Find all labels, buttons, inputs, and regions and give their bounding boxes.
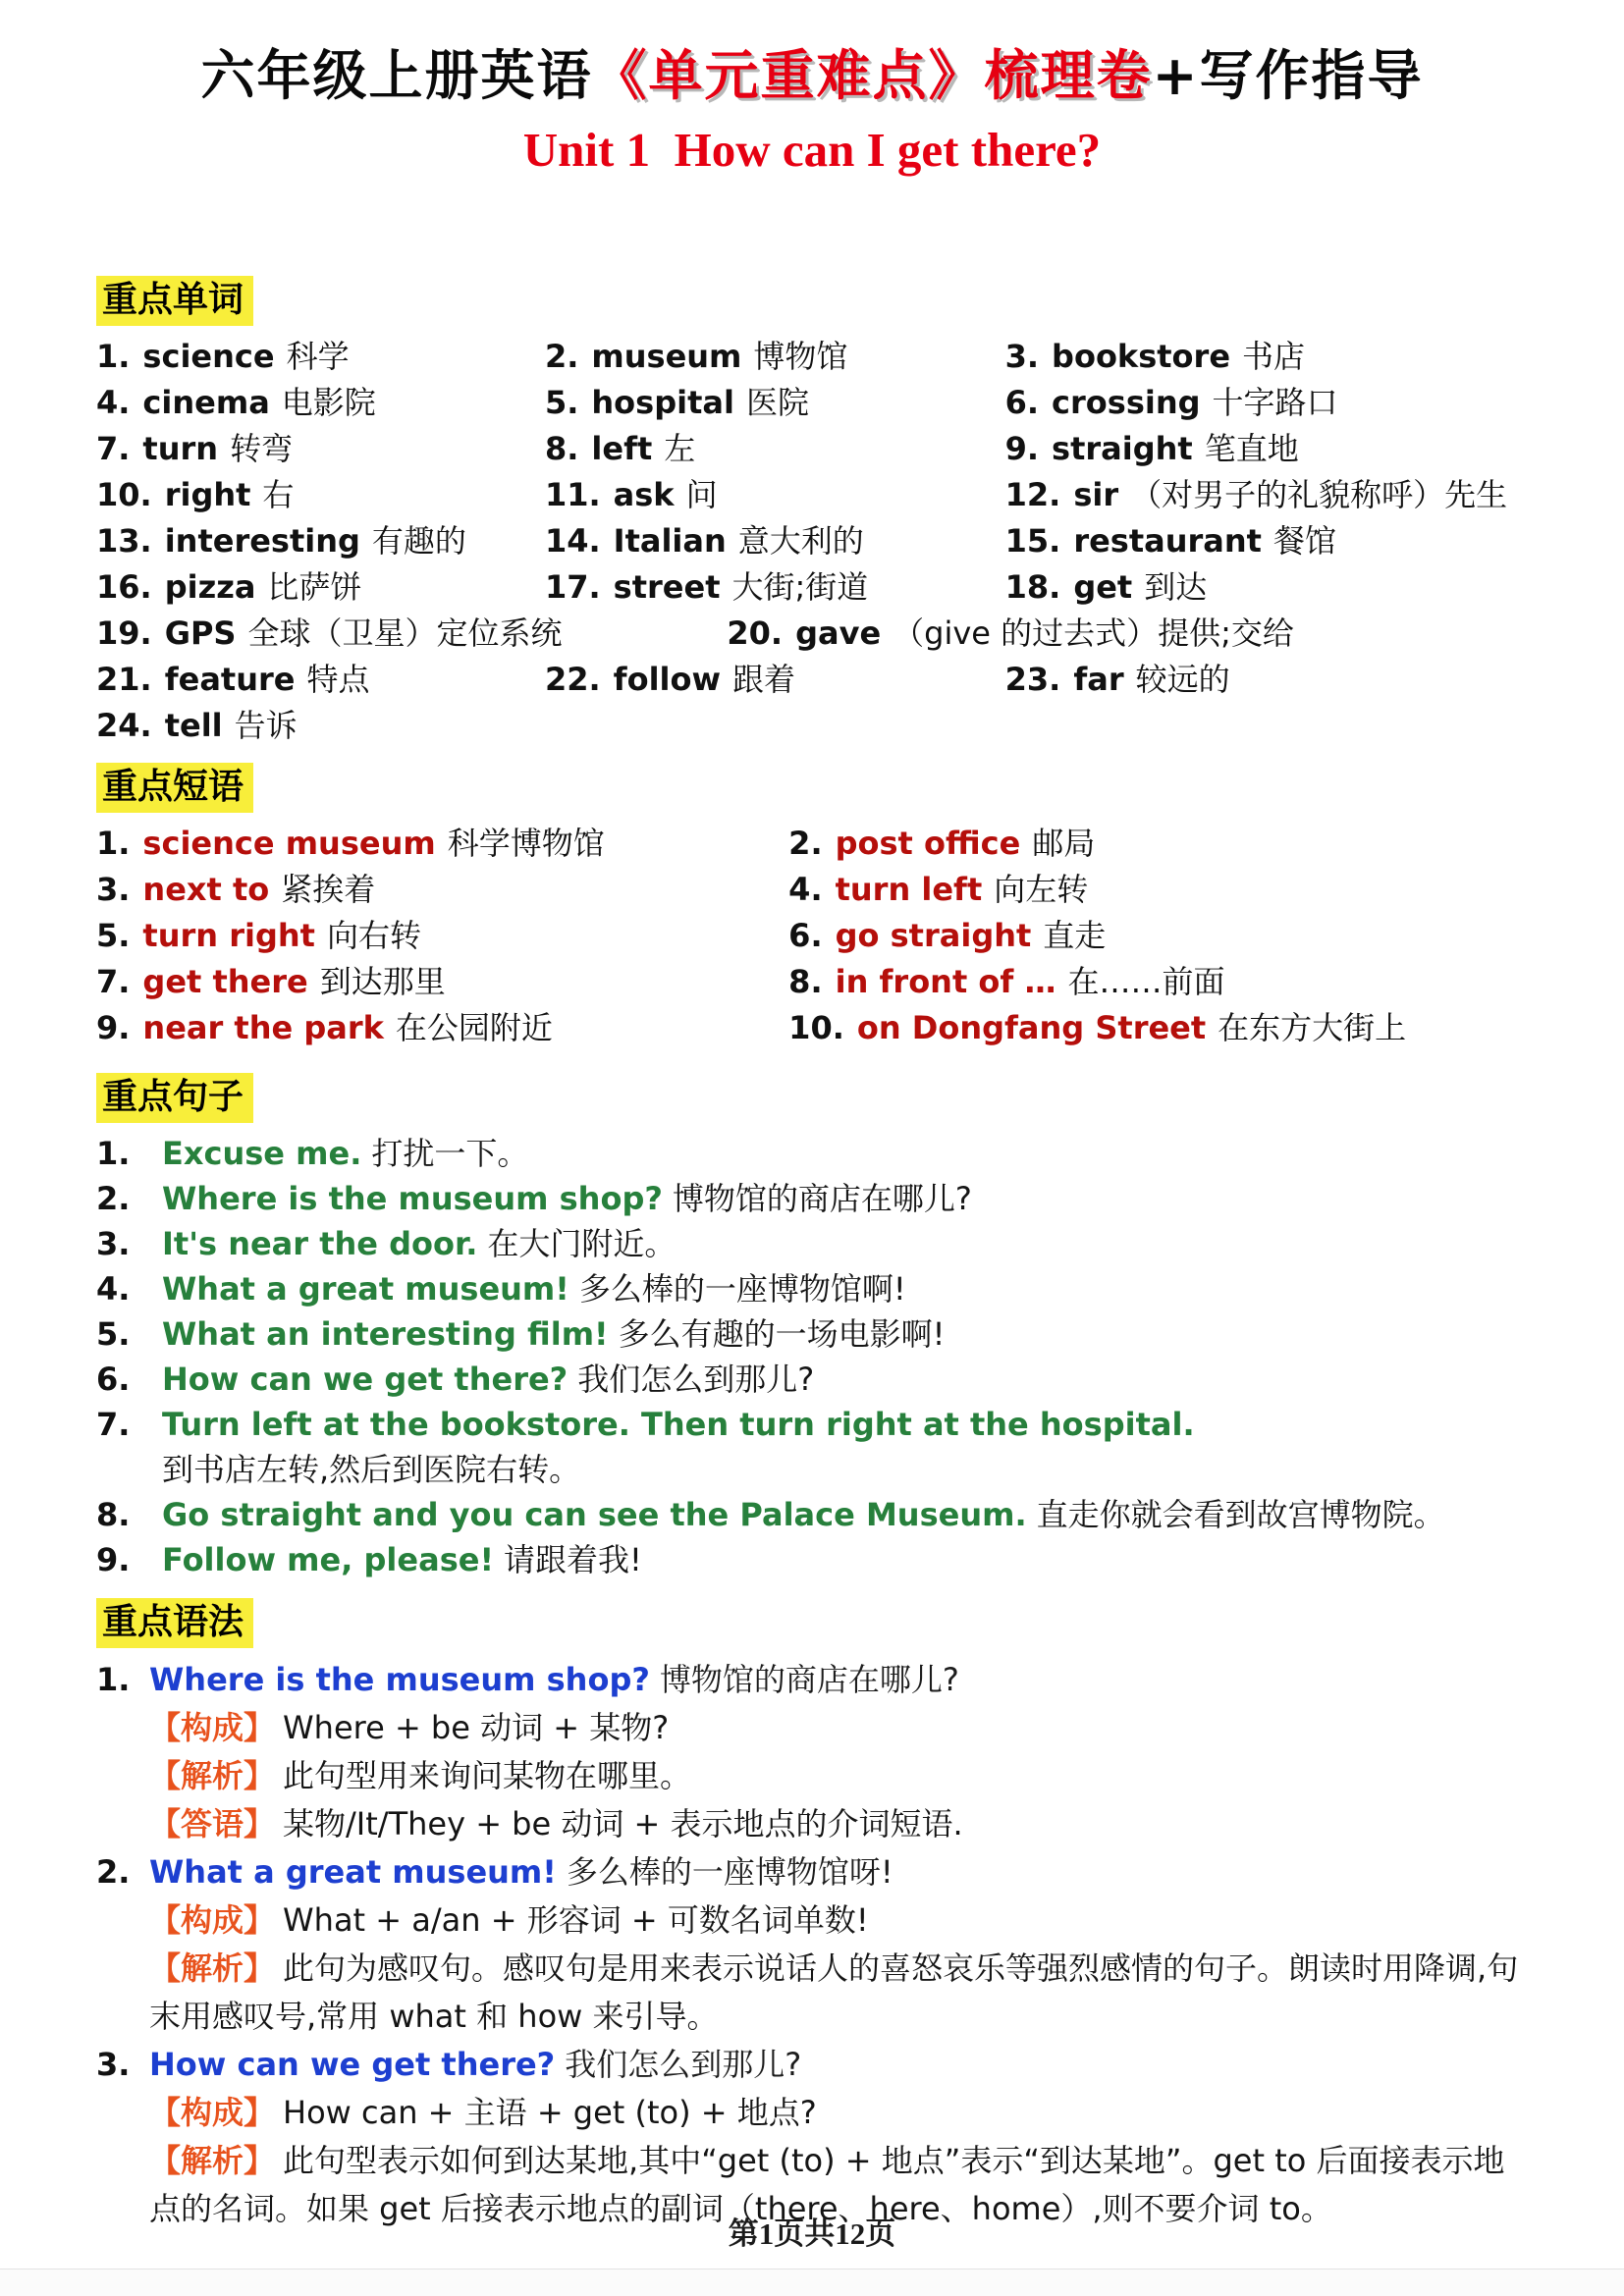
detail-tag: 【构成】: [149, 1901, 275, 1939]
grammar-body: Where is the museum shop?博物馆的商店在哪儿?【构成】W…: [149, 1656, 1530, 1848]
phrase-number: 3.: [96, 871, 130, 908]
word-number: 1.: [96, 338, 130, 375]
sentence-english: Go straight and you can see the Palace M…: [162, 1496, 1027, 1533]
phrase-number: 5.: [96, 917, 130, 954]
phrase-english: near the park: [142, 1009, 383, 1046]
word-chinese: 笔直地: [1205, 430, 1299, 467]
page-bottom-edge: [0, 2269, 1624, 2296]
word-english: tell: [165, 707, 223, 744]
sentence-item: 9.Follow me, please!请跟着我!: [96, 1537, 1530, 1582]
phrase-row: 3.next to紧挨着4.turn left向左转: [96, 867, 1530, 913]
key-grammar-list: 1.Where is the museum shop?博物馆的商店在哪儿?【构成…: [96, 1656, 1530, 2233]
word-chinese: 书店: [1242, 338, 1305, 375]
word-item: 4.cinema电影院: [96, 380, 545, 426]
word-english: gave: [795, 614, 881, 652]
sentence-chinese: 博物馆的商店在哪儿?: [673, 1180, 972, 1217]
phrase-item: 2.post office邮局: [788, 821, 1530, 867]
document-page: 六年级上册英语《单元重难点》梳理卷+写作指导 Unit 1 How can I …: [0, 0, 1624, 2296]
sentence-number: 7.: [96, 1402, 149, 1492]
sentence-item: 1.Excuse me.打扰一下。: [96, 1131, 1530, 1176]
title-black-part2: +写作指导: [1152, 44, 1423, 107]
sentence-item: 3.It's near the door.在大门附近。: [96, 1221, 1530, 1266]
word-number: 6.: [1005, 384, 1039, 421]
detail-text: Where + be 动词 + 某物?: [283, 1709, 669, 1746]
word-english: turn: [142, 430, 218, 467]
word-english: street: [614, 568, 721, 606]
word-row: 4.cinema电影院5.hospital医院6.crossing十字路口: [96, 380, 1530, 426]
word-chinese: 右: [262, 476, 294, 513]
grammar-sentence: How can we get there?我们怎么到那儿?: [149, 2041, 1530, 2089]
word-row: 1.science科学2.museum博物馆3.bookstore书店: [96, 334, 1530, 380]
word-chinese: 餐馆: [1273, 522, 1336, 560]
section-key-phrases: 重点短语 1.science museum科学博物馆2.post office邮…: [96, 749, 1530, 1051]
word-item: 24.tell告诉: [96, 703, 1530, 749]
grammar-body: What a great museum!多么棒的一座博物馆呀!【构成】What …: [149, 1848, 1530, 2041]
word-english: crossing: [1052, 384, 1200, 421]
sentence-english: Follow me, please!: [162, 1541, 494, 1578]
word-item: 20.gave（give 的过去式）提供;交给: [727, 611, 1530, 657]
phrase-chinese: 科学博物馆: [448, 825, 605, 862]
phrase-row: 7.get there到达那里8.in front of …在……前面: [96, 959, 1530, 1005]
phrase-chinese: 邮局: [1032, 825, 1095, 862]
word-number: 13.: [96, 522, 152, 560]
detail-text: What + a/an + 形容词 + 可数名词单数!: [283, 1901, 869, 1939]
sentence-number: 5.: [96, 1311, 149, 1357]
sentence-item: 4.What a great museum!多么棒的一座博物馆啊!: [96, 1266, 1530, 1311]
word-chinese: 大街;街道: [731, 568, 868, 606]
word-chinese: 到达: [1144, 568, 1207, 606]
word-item: 5.hospital医院: [545, 380, 1005, 426]
detail-tag: 【构成】: [149, 1709, 275, 1746]
phrase-item: 3.next to紧挨着: [96, 867, 788, 913]
phrase-item: 7.get there到达那里: [96, 959, 788, 1005]
detail-text: How can + 主语 + get (to) + 地点?: [283, 2094, 817, 2131]
grammar-detail: 【构成】How can + 主语 + get (to) + 地点?: [149, 2089, 1530, 2137]
phrase-chinese: 紧挨着: [281, 871, 375, 908]
sentence-number: 6.: [96, 1357, 149, 1402]
word-chinese: 转弯: [230, 430, 293, 467]
detail-text: 某物/It/They + be 动词 + 表示地点的介词短语.: [283, 1805, 963, 1842]
word-number: 19.: [96, 614, 152, 652]
phrase-item: 10.on Dongfang Street在东方大街上: [788, 1005, 1530, 1051]
key-phrases-heading: 重点短语: [96, 763, 253, 813]
section-key-words: 重点单词 1.science科学2.museum博物馆3.bookstore书店…: [96, 178, 1530, 749]
sentence-item: 6.How can we get there?我们怎么到那儿?: [96, 1357, 1530, 1402]
phrase-item: 9.near the park在公园附近: [96, 1005, 788, 1051]
sentence-english: Where is the museum shop?: [162, 1180, 663, 1217]
phrase-chinese: 直走: [1043, 917, 1106, 954]
grammar-english: What a great museum!: [149, 1853, 557, 1891]
word-number: 3.: [1005, 338, 1039, 375]
word-chinese: 医院: [746, 384, 809, 421]
key-grammar-heading: 重点语法: [96, 1598, 253, 1648]
word-chinese: 全球（卫星）定位系统: [247, 614, 562, 652]
key-sentences-heading: 重点句子: [96, 1073, 253, 1123]
grammar-chinese: 博物馆的商店在哪儿?: [660, 1661, 959, 1698]
sentence-item: 8.Go straight and you can see the Palace…: [96, 1492, 1530, 1537]
word-english: interesting: [165, 522, 360, 560]
word-number: 24.: [96, 707, 152, 744]
word-number: 14.: [545, 522, 601, 560]
word-chinese: 比萨饼: [267, 568, 361, 606]
detail-tag: 【解析】: [149, 1949, 275, 1987]
phrase-number: 2.: [788, 825, 822, 862]
phrase-item: 4.turn left向左转: [788, 867, 1530, 913]
detail-tag: 【构成】: [149, 2094, 275, 2131]
word-chinese: 科学: [287, 338, 350, 375]
detail-tag: 【解析】: [149, 2142, 275, 2179]
word-row: 16.pizza比萨饼17.street大街;街道18.get到达: [96, 564, 1530, 611]
word-row: 19.GPS全球（卫星）定位系统20.gave（give 的过去式）提供;交给: [96, 611, 1530, 657]
sentence-chinese: 直走你就会看到故宫博物院。: [1037, 1496, 1445, 1533]
phrase-chinese: 在公园附近: [396, 1009, 553, 1046]
sentence-chinese: 我们怎么到那儿?: [577, 1361, 814, 1398]
word-english: hospital: [591, 384, 734, 421]
word-chinese: 有趣的: [372, 522, 466, 560]
word-number: 5.: [545, 384, 578, 421]
sentence-chinese: 在大门附近。: [487, 1225, 676, 1262]
grammar-detail: 【解析】此句型用来询问某物在哪里。: [149, 1752, 1530, 1800]
grammar-detail: 【解析】此句为感叹句。感叹句是用来表示说话人的喜怒哀乐等强烈感情的句子。朗读时用…: [149, 1945, 1530, 2041]
word-item: 7.turn转弯: [96, 426, 545, 472]
phrase-number: 10.: [788, 1009, 844, 1046]
word-english: straight: [1052, 430, 1193, 467]
phrase-number: 7.: [96, 963, 130, 1000]
word-row: 7.turn转弯8.left左9.straight笔直地: [96, 426, 1530, 472]
phrase-english: post office: [836, 825, 1021, 862]
sentence-body: Turn left at the bookstore. Then turn ri…: [162, 1402, 1530, 1492]
word-row: 13.interesting有趣的14.Italian意大利的15.restau…: [96, 518, 1530, 564]
word-number: 7.: [96, 430, 130, 467]
word-english: far: [1073, 661, 1123, 698]
detail-text: 此句为感叹句。感叹句是用来表示说话人的喜怒哀乐等强烈感情的句子。朗读时用降调,句…: [149, 1949, 1518, 2035]
sentence-number: 3.: [96, 1221, 149, 1266]
phrase-chinese: 在……前面: [1067, 963, 1224, 1000]
phrase-chinese: 向左转: [994, 871, 1088, 908]
grammar-detail: 【构成】Where + be 动词 + 某物?: [149, 1704, 1530, 1752]
sentence-number: 2.: [96, 1176, 149, 1221]
phrase-chinese: 到达那里: [320, 963, 446, 1000]
word-item: 19.GPS全球（卫星）定位系统: [96, 611, 727, 657]
sentence-english: It's near the door.: [162, 1225, 477, 1262]
sentence-english: How can we get there?: [162, 1361, 568, 1398]
key-phrases-list: 1.science museum科学博物馆2.post office邮局3.ne…: [96, 821, 1530, 1051]
word-row: 21.feature特点22.follow跟着23.far较远的: [96, 657, 1530, 703]
word-row: 24.tell告诉: [96, 703, 1530, 749]
sentence-body: It's near the door.在大门附近。: [162, 1221, 1530, 1266]
grammar-sentence: Where is the museum shop?博物馆的商店在哪儿?: [149, 1656, 1530, 1704]
word-english: ask: [614, 476, 675, 513]
grammar-english: Where is the museum shop?: [149, 1661, 650, 1698]
word-english: bookstore: [1052, 338, 1230, 375]
word-item: 1.science科学: [96, 334, 545, 380]
word-english: Italian: [614, 522, 727, 560]
sentence-body: What an interesting film!多么有趣的一场电影啊!: [162, 1311, 1530, 1357]
grammar-number: 2.: [96, 1848, 149, 2041]
sentence-item: 2.Where is the museum shop?博物馆的商店在哪儿?: [96, 1176, 1530, 1221]
sentence-body: What a great museum!多么棒的一座博物馆啊!: [162, 1266, 1530, 1311]
word-english: museum: [591, 338, 741, 375]
phrase-english: on Dongfang Street: [857, 1009, 1206, 1046]
word-item: 10.right右: [96, 472, 545, 518]
sentence-number: 4.: [96, 1266, 149, 1311]
word-number: 12.: [1005, 476, 1061, 513]
phrase-row: 9.near the park在公园附近10.on Dongfang Stree…: [96, 1005, 1530, 1051]
word-chinese: 告诉: [235, 707, 298, 744]
grammar-item: 3.How can we get there?我们怎么到那儿?【构成】How c…: [96, 2041, 1530, 2233]
word-item: 13.interesting有趣的: [96, 518, 545, 564]
sentence-number: 1.: [96, 1131, 149, 1176]
word-number: 8.: [545, 430, 578, 467]
detail-text: 此句型用来询问某物在哪里。: [283, 1757, 691, 1794]
phrase-english: get there: [142, 963, 307, 1000]
word-chinese: 问: [686, 476, 718, 513]
phrase-item: 6.go straight直走: [788, 913, 1530, 959]
word-english: pizza: [165, 568, 256, 606]
phrase-item: 1.science museum科学博物馆: [96, 821, 788, 867]
word-english: left: [591, 430, 652, 467]
word-item: 18.get到达: [1005, 564, 1530, 611]
word-number: 11.: [545, 476, 601, 513]
sentence-chinese: 多么棒的一座博物馆啊!: [579, 1270, 906, 1308]
grammar-chinese: 我们怎么到那儿?: [565, 2046, 801, 2083]
word-number: 4.: [96, 384, 130, 421]
word-item: 3.bookstore书店: [1005, 334, 1530, 380]
grammar-number: 3.: [96, 2041, 149, 2233]
phrase-number: 9.: [96, 1009, 130, 1046]
grammar-sentence: What a great museum!多么棒的一座博物馆呀!: [149, 1848, 1530, 1896]
word-chinese: 特点: [306, 661, 369, 698]
word-number: 18.: [1005, 568, 1061, 606]
word-number: 15.: [1005, 522, 1061, 560]
word-number: 10.: [96, 476, 152, 513]
document-title: 六年级上册英语《单元重难点》梳理卷+写作指导: [0, 0, 1624, 108]
word-item: 16.pizza比萨饼: [96, 564, 545, 611]
sentence-body: Go straight and you can see the Palace M…: [162, 1492, 1530, 1537]
word-item: 6.crossing十字路口: [1005, 380, 1530, 426]
unit-title: Unit 1 How can I get there?: [0, 122, 1624, 178]
word-item: 12.sir（对男子的礼貌称呼）先生: [1005, 472, 1530, 518]
grammar-detail: 【答语】某物/It/They + be 动词 + 表示地点的介词短语.: [149, 1800, 1530, 1848]
detail-tag: 【答语】: [149, 1805, 275, 1842]
phrase-chinese: 在东方大街上: [1218, 1009, 1406, 1046]
sentence-body: Excuse me.打扰一下。: [162, 1131, 1530, 1176]
grammar-item: 2.What a great museum!多么棒的一座博物馆呀!【构成】Wha…: [96, 1848, 1530, 2041]
word-english: GPS: [165, 614, 237, 652]
key-words-list: 1.science科学2.museum博物馆3.bookstore书店4.cin…: [96, 334, 1530, 749]
sentence-number: 9.: [96, 1537, 149, 1582]
phrase-number: 8.: [788, 963, 822, 1000]
word-number: 9.: [1005, 430, 1039, 467]
word-item: 14.Italian意大利的: [545, 518, 1005, 564]
word-item: 11.ask问: [545, 472, 1005, 518]
word-english: cinema: [142, 384, 269, 421]
key-words-heading: 重点单词: [96, 276, 253, 326]
sentence-item: 5.What an interesting film!多么有趣的一场电影啊!: [96, 1311, 1530, 1357]
sentence-english: Turn left at the bookstore. Then turn ri…: [162, 1406, 1195, 1443]
word-english: feature: [165, 661, 296, 698]
word-english: sir: [1073, 476, 1118, 513]
word-number: 16.: [96, 568, 152, 606]
sentence-english: What an interesting film!: [162, 1315, 609, 1353]
word-number: 17.: [545, 568, 601, 606]
word-number: 2.: [545, 338, 578, 375]
sentence-body: Where is the museum shop?博物馆的商店在哪儿?: [162, 1176, 1530, 1221]
phrase-item: 8.in front of …在……前面: [788, 959, 1530, 1005]
word-row: 10.right右11.ask问12.sir（对男子的礼貌称呼）先生: [96, 472, 1530, 518]
word-english: right: [165, 476, 251, 513]
sentence-chinese: 到书店左转,然后到医院右转。: [162, 1447, 1530, 1492]
word-item: 2.museum博物馆: [545, 334, 1005, 380]
word-number: 21.: [96, 661, 152, 698]
sentence-number: 8.: [96, 1492, 149, 1537]
sentence-english: Excuse me.: [162, 1135, 361, 1172]
phrase-english: science museum: [142, 825, 435, 862]
phrase-english: turn right: [142, 917, 315, 954]
word-item: 17.street大街;街道: [545, 564, 1005, 611]
word-item: 15.restaurant餐馆: [1005, 518, 1530, 564]
phrase-chinese: 向右转: [327, 917, 421, 954]
word-chinese: 跟着: [732, 661, 795, 698]
word-item: 21.feature特点: [96, 657, 545, 703]
word-chinese: 较远的: [1136, 661, 1230, 698]
grammar-english: How can we get there?: [149, 2046, 555, 2083]
word-english: get: [1073, 568, 1132, 606]
word-number: 20.: [727, 614, 783, 652]
word-chinese: 十字路口: [1213, 384, 1338, 421]
page-number-footer: 第1页共12页: [0, 2209, 1624, 2253]
phrase-number: 4.: [788, 871, 822, 908]
word-number: 22.: [545, 661, 601, 698]
phrase-row: 5.turn right向右转6.go straight直走: [96, 913, 1530, 959]
word-chinese: 意大利的: [738, 522, 864, 560]
word-english: restaurant: [1073, 522, 1262, 560]
word-item: 23.far较远的: [1005, 657, 1530, 703]
phrase-item: 5.turn right向右转: [96, 913, 788, 959]
section-key-sentences: 重点句子 1.Excuse me.打扰一下。2.Where is the mus…: [96, 1051, 1530, 1582]
grammar-chinese: 多么棒的一座博物馆呀!: [567, 1853, 893, 1891]
grammar-number: 1.: [96, 1656, 149, 1848]
sentence-chinese: 打扰一下。: [371, 1135, 528, 1172]
sentence-chinese: 多么有趣的一场电影啊!: [619, 1315, 946, 1353]
grammar-body: How can we get there?我们怎么到那儿?【构成】How can…: [149, 2041, 1530, 2233]
word-english: follow: [614, 661, 721, 698]
phrase-row: 1.science museum科学博物馆2.post office邮局: [96, 821, 1530, 867]
sentence-chinese: 请跟着我!: [504, 1541, 642, 1578]
phrase-number: 6.: [788, 917, 822, 954]
key-sentences-list: 1.Excuse me.打扰一下。2.Where is the museum s…: [96, 1131, 1530, 1582]
grammar-item: 1.Where is the museum shop?博物馆的商店在哪儿?【构成…: [96, 1656, 1530, 1848]
word-item: 8.left左: [545, 426, 1005, 472]
section-key-grammar: 重点语法 1.Where is the museum shop?博物馆的商店在哪…: [96, 1582, 1530, 2233]
word-chinese: 左: [664, 430, 695, 467]
word-item: 22.follow跟着: [545, 657, 1005, 703]
grammar-detail: 【构成】What + a/an + 形容词 + 可数名词单数!: [149, 1896, 1530, 1945]
word-chinese: （give 的过去式）提供;交给: [893, 614, 1294, 652]
phrase-english: next to: [142, 871, 269, 908]
sentence-item: 7.Turn left at the bookstore. Then turn …: [96, 1402, 1530, 1492]
word-chinese: 电影院: [282, 384, 376, 421]
sentence-english: What a great museum!: [162, 1270, 569, 1308]
word-chinese: 博物馆: [753, 338, 847, 375]
word-number: 23.: [1005, 661, 1061, 698]
word-english: science: [142, 338, 274, 375]
sentence-body: Follow me, please!请跟着我!: [162, 1537, 1530, 1582]
detail-tag: 【解析】: [149, 1757, 275, 1794]
title-red-part: 《单元重难点》梳理卷: [592, 44, 1152, 107]
phrase-english: turn left: [836, 871, 983, 908]
content-area: 重点单词 1.science科学2.museum博物馆3.bookstore书店…: [96, 178, 1530, 2233]
word-item: 9.straight笔直地: [1005, 426, 1530, 472]
phrase-english: go straight: [836, 917, 1032, 954]
title-black-part1: 六年级上册英语: [200, 44, 592, 107]
phrase-number: 1.: [96, 825, 130, 862]
phrase-english: in front of …: [836, 963, 1056, 1000]
sentence-body: How can we get there?我们怎么到那儿?: [162, 1357, 1530, 1402]
word-chinese: （对男子的礼貌称呼）先生: [1130, 476, 1507, 513]
